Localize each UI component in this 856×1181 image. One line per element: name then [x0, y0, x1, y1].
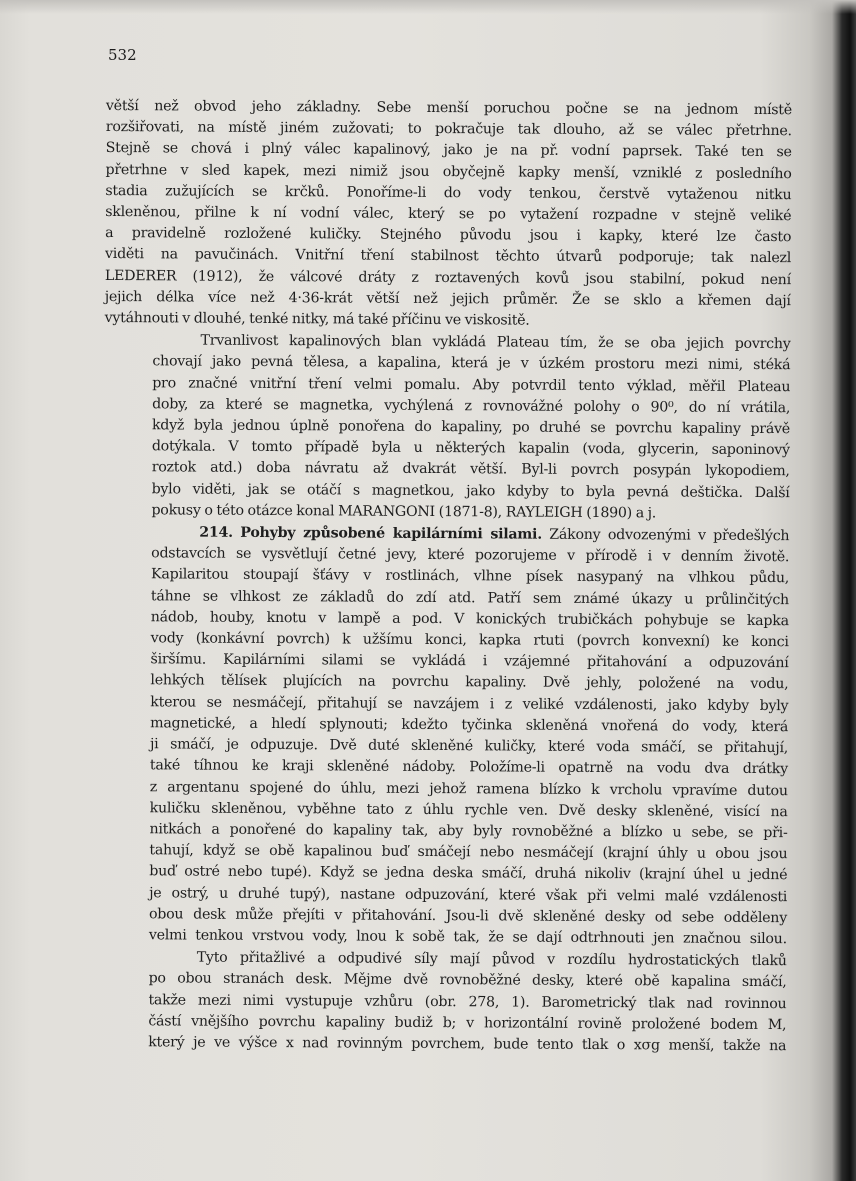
scanned-book-page: 532 větší než obvod jeho základny. Sebe …: [0, 0, 856, 1181]
paragraph-2: Trvanlivost kapalinových blan vykládá Pl…: [103, 330, 790, 525]
paragraph-1: větší než obvod jeho základny. Sebe menš…: [105, 96, 792, 333]
paragraph-4: Tyto přitažlivé a odpudivé síly mají pův…: [100, 947, 787, 1057]
text-line: pokusy o této otázce konal MARANGONI (18…: [103, 500, 789, 525]
body-text: větší než obvod jeho základny. Sebe menš…: [100, 96, 792, 1057]
text-line: který je ve výšce x nad rovinným povrche…: [100, 1032, 786, 1057]
section-214: 214. Pohyby způsobené kapilárními silami…: [101, 522, 790, 950]
section-number: 214.: [199, 525, 233, 541]
text-fragment: Zákony odvozenými v předešlých: [549, 527, 789, 544]
text-line: vytáhnouti v dlouhé, tenké nitky, má tak…: [105, 308, 791, 333]
page-number: 532: [108, 46, 137, 64]
text-line: velmi tenkou vrstvou vody, lnou k sobě t…: [101, 925, 787, 950]
section-title: Pohyby způsobené kapilárními silami.: [240, 525, 542, 543]
